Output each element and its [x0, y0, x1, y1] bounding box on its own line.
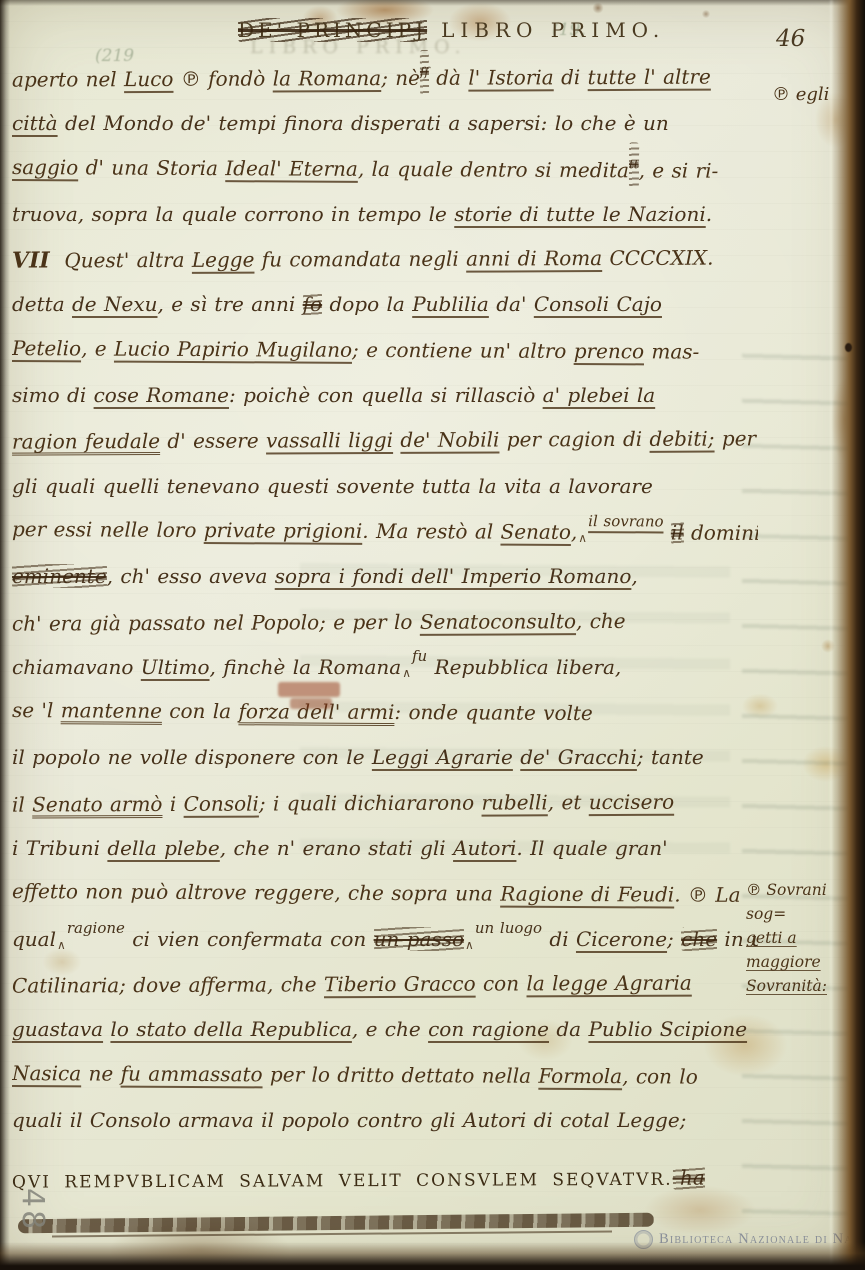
manuscript-segment — [663, 520, 670, 544]
manuscript-segment: per — [714, 427, 756, 451]
manuscript-text: aperto nel Luco ℗ fondò la Romana; nèſſ … — [12, 50, 758, 1270]
manuscript-segment: , che n' erano stati gli — [220, 836, 453, 860]
ink-spot — [845, 343, 852, 352]
manuscript-segment: mantenne — [61, 698, 162, 723]
manuscript-segment: della plebe — [107, 836, 219, 860]
manuscript-segment: l' Istoria — [468, 65, 553, 89]
ink-offset-blot — [278, 682, 340, 697]
inserted-text: fu — [412, 634, 427, 679]
manuscript-segment: Formola — [538, 1063, 622, 1087]
struck-text: eminente — [12, 564, 107, 588]
manuscript-segment: Ultimo — [141, 655, 210, 679]
manuscript-segment: il — [12, 792, 32, 816]
manuscript-segment: tutte l' altre — [588, 65, 711, 90]
manuscript-line: guastava lo stato della Republica, e che… — [12, 1007, 758, 1052]
manuscript-segment: da' — [489, 292, 534, 316]
manuscript-segment: de Nexu — [72, 292, 158, 316]
manuscript-segment: Senatoconsulto — [420, 609, 576, 634]
manuscript-segment: Nasica — [12, 1061, 81, 1085]
caret-mark: ∧ — [578, 516, 587, 561]
margin-note-sovrani: ℗ Sovrani sog=getti a maggioreSovranità: — [746, 878, 860, 998]
manuscript-segment: Tiberio Gracco — [324, 972, 476, 997]
pencil-folio-number: 48 — [15, 1188, 50, 1232]
manuscript-segment: a' plebei la — [543, 383, 656, 407]
page-header: DE' PRINCIPJ LIBRO PRIMO. — [238, 18, 665, 42]
manuscript-page: (219 (19, LIBRO PRIMO. DE' PRINCIPJ LIBR… — [0, 0, 865, 1270]
manuscript-segment: di — [542, 927, 576, 951]
manuscript-segment: del Mondo de' tempi finora disperati a s… — [58, 111, 669, 135]
manuscript-line: chiamavano Ultimo, finchè la Romana∧fu R… — [12, 645, 758, 690]
manuscript-segment: private prigioni — [204, 518, 363, 543]
library-stamp-text: Biblioteca Nazionale di Napoli — [659, 1231, 865, 1248]
manuscript-segment: truova, sopra la quale corrono in tempo … — [12, 202, 454, 226]
manuscript-line: truova, sopra la quale corrono in tempo … — [12, 192, 758, 237]
struck-text: tt — [629, 142, 639, 187]
manuscript-line: il Senato armò i Consoli; i quali dichia… — [12, 779, 758, 828]
manuscript-segment: Publilia — [412, 292, 489, 316]
manuscript-segment: dà — [429, 66, 469, 90]
manuscript-segment: cose Romane — [94, 383, 229, 407]
manuscript-segment: quali il Consolo armava il popolo contro… — [12, 1108, 686, 1132]
manuscript-segment: QVI REMPVBLICAM SALVAM VELIT CONSVLEM SE… — [12, 1170, 673, 1193]
manuscript-segment: , ch' esso aveva — [107, 564, 275, 588]
manuscript-segment: Legge — [192, 248, 255, 272]
manuscript-segment: il popolo ne volle disponere con le — [12, 745, 372, 769]
manuscript-line: eminente, ch' esso aveva sopra i fondi d… — [12, 554, 758, 599]
manuscript-line: simo di cose Romane: poichè con quella s… — [12, 373, 758, 418]
manuscript-segment: : poichè con quella si rillasciò — [229, 383, 543, 407]
manuscript-segment: saggio — [12, 155, 78, 179]
struck-text: che — [681, 927, 717, 951]
library-stamp-emblem-icon — [634, 1230, 653, 1249]
manuscript-line: detta de Nexu, e sì tre anni ſo dopo la … — [12, 282, 758, 327]
manuscript-segment: CCCCXIX. — [602, 246, 713, 270]
manuscript-segment: debiti; — [649, 427, 714, 451]
binding-fold-highlight — [830, 0, 833, 1270]
manuscript-segment: storie di tutte le Nazioni — [454, 202, 706, 226]
manuscript-segment: qual — [12, 927, 56, 951]
manuscript-segment: , finchè la Romana — [210, 655, 402, 679]
manuscript-segment: anni di Roma — [466, 246, 602, 271]
manuscript-segment: . Il quale gran' — [516, 836, 667, 860]
manuscript-segment: ch' era già passato nel Popolo; e per lo — [12, 609, 420, 635]
manuscript-segment: lo stato della Republica — [110, 1017, 351, 1041]
margin-note-egli: ℗ egli — [772, 84, 829, 105]
manuscript-segment: aperto nel — [12, 67, 124, 91]
manuscript-segment: de' Gracchi — [520, 745, 637, 769]
manuscript-segment: effetto non può altrove reggere, che sop… — [12, 879, 500, 906]
manuscript-line: città del Mondo de' tempi finora dispera… — [12, 101, 758, 146]
manuscript-segment: Publio Scipione — [588, 1017, 747, 1041]
manuscript-segment: ragion feudale — [12, 429, 160, 454]
manuscript-segment: i Tribuni — [12, 836, 107, 860]
manuscript-segment: città — [12, 111, 58, 135]
manuscript-segment: ; e contiene un' altro — [352, 338, 574, 363]
manuscript-segment: Catilinaria; dove afferma, che — [12, 972, 324, 997]
manuscript-segment: : onde quante volte — [394, 700, 592, 725]
manuscript-segment: , la quale dentro si medita — [358, 156, 629, 181]
manuscript-segment: fu ammassato — [121, 1061, 263, 1086]
manuscript-line: saggio d' una Storia Ideal' Eterna, la q… — [12, 145, 758, 194]
manuscript-segment: con la — [162, 699, 239, 723]
margin-note-line: Sovranità: — [746, 974, 860, 998]
bleed-through-marks — [742, 320, 854, 1235]
manuscript-segment: la legge Agraria — [526, 971, 691, 996]
manuscript-segment: di — [554, 65, 588, 89]
manuscript-line: aperto nel Luco ℗ fondò la Romana; nèſſ … — [12, 54, 758, 103]
inserted-text: il sovrano — [588, 499, 664, 545]
manuscript-segment: i — [162, 792, 183, 816]
manuscript-segment: ; nè — [381, 66, 420, 90]
manuscript-segment: , e — [81, 336, 114, 360]
manuscript-line: i Tribuni della plebe, che n' erano stat… — [12, 826, 758, 871]
manuscript-segment: . — [706, 202, 712, 226]
manuscript-segment: con — [476, 971, 527, 995]
manuscript-segment: dominio — [684, 521, 758, 545]
manuscript-segment: Senato — [500, 520, 571, 544]
manuscript-segment: Autori — [453, 836, 516, 860]
margin-note-line: ℗ egli — [772, 84, 829, 105]
manuscript-segment: prenco — [574, 339, 644, 363]
manuscript-segment: dopo la — [322, 292, 412, 316]
manuscript-line: QVI REMPVBLICAM SALVAM VELIT CONSVLEM SE… — [12, 1155, 758, 1204]
manuscript-segment: per essi nelle loro — [12, 517, 204, 542]
ink-offset-blot — [290, 698, 332, 709]
page-number: 46 — [776, 26, 805, 52]
manuscript-segment: . Ma restò al — [362, 519, 500, 544]
manuscript-segment: rubelli — [481, 790, 547, 814]
page-title: LIBRO PRIMO. — [441, 18, 665, 42]
manuscript-segment: ℗ fondò — [173, 66, 272, 90]
manuscript-line: qual∧ragione ci vien confermata con un p… — [12, 917, 758, 962]
manuscript-line: quali il Consolo armava il popolo contro… — [12, 1098, 758, 1143]
manuscript-segment: la Romana — [273, 66, 382, 90]
manuscript-line: se 'l mantenne con la forza dell' armi: … — [12, 688, 758, 737]
manuscript-segment: , e si ri- — [639, 158, 719, 182]
manuscript-segment: se 'l — [12, 698, 61, 722]
manuscript-segment: Ragione di Feudi — [500, 882, 674, 907]
manuscript-segment: VII — [12, 248, 50, 274]
struck-text: ſſ — [420, 50, 429, 95]
manuscript-segment: vassalli liggi — [266, 428, 393, 453]
manuscript-segment: guastava — [12, 1017, 103, 1041]
manuscript-segment: ne — [81, 1061, 121, 1085]
manuscript-segment: ; i quali dichiararono — [259, 790, 482, 815]
manuscript-segment: ; — [667, 927, 681, 951]
manuscript-segment: , e sì tre anni — [158, 292, 303, 316]
struck-text: il — [671, 520, 684, 544]
manuscript-segment: , che — [576, 609, 626, 633]
manuscript-segment: Ideal' Eterna — [225, 156, 358, 181]
manuscript-segment: ; tante — [637, 745, 704, 769]
manuscript-segment: per cagion di — [499, 427, 649, 452]
manuscript-segment: Consoli — [184, 791, 259, 815]
scan-edge-top — [0, 0, 865, 6]
scan-edge-left — [0, 0, 10, 1270]
struck-text: ſo — [303, 292, 322, 316]
manuscript-segment: Luco — [124, 67, 174, 91]
caret-mark: ∧ — [57, 923, 66, 968]
manuscript-segment: per lo dritto dettato nella — [263, 1062, 539, 1087]
inserted-text: ragione — [67, 906, 125, 951]
manuscript-segment: , e che — [352, 1017, 428, 1041]
struck-chapter-title: DE' PRINCIPJ — [238, 18, 427, 42]
manuscript-segment: sopra i fondi dell' Imperio Romano — [275, 564, 632, 588]
manuscript-segment: Quest' altra — [50, 248, 192, 273]
manuscript-segment: Leggi Agrarie — [372, 745, 513, 769]
manuscript-segment: gli quali quelli tenevano questi sovente… — [12, 474, 653, 498]
manuscript-segment: Consoli Cajo — [534, 292, 662, 316]
manuscript-segment: de' Nobili — [400, 428, 499, 452]
manuscript-segment: Senato armò — [32, 792, 162, 817]
manuscript-line: Catilinaria; dove afferma, che Tiberio G… — [12, 960, 758, 1009]
struck-text: ha — [673, 1166, 705, 1190]
manuscript-segment: , — [571, 520, 577, 544]
inserted-text: un luogo — [475, 906, 542, 951]
manuscript-line: VII Quest' altra Legge fu comandata negl… — [12, 236, 758, 285]
manuscript-segment: d' essere — [160, 429, 266, 453]
manuscript-segment: d' una Storia — [78, 155, 225, 180]
manuscript-segment: ci vien confermata con — [125, 927, 374, 951]
library-stamp: Biblioteca Nazionale di Napoli — [634, 1230, 865, 1249]
manuscript-segment: simo di — [12, 383, 94, 407]
manuscript-segment: uccisero — [589, 789, 674, 813]
struck-text: un passo — [374, 927, 464, 951]
manuscript-segment: Repubblica libera, — [427, 655, 621, 679]
manuscript-segment: , — [631, 564, 637, 588]
manuscript-segment: , et — [548, 790, 589, 814]
manuscript-segment: Petelio — [12, 336, 81, 360]
margin-note-line: ℗ Sovrani sog= — [746, 878, 860, 926]
manuscript-line: per essi nelle loro private prigioni. Ma… — [12, 507, 758, 556]
manuscript-line: ragion feudale d' essere vassalli liggi … — [12, 417, 758, 466]
manuscript-segment: chiamavano — [12, 655, 141, 679]
manuscript-line: Nasica ne fu ammassato per lo dritto det… — [12, 1051, 758, 1100]
manuscript-segment: fu comandata negli — [254, 247, 466, 272]
manuscript-segment: mas- — [644, 339, 699, 363]
manuscript-line: Petelio, e Lucio Papirio Mugilano; e con… — [12, 326, 758, 375]
manuscript-segment: da — [549, 1017, 588, 1041]
manuscript-segment: detta — [12, 292, 72, 316]
manuscript-segment: . ℗ La — [674, 883, 740, 907]
manuscript-segment: Cicerone — [576, 927, 667, 951]
margin-note-line: getti a maggiore — [746, 926, 860, 974]
manuscript-segment: , con lo — [622, 1064, 698, 1088]
manuscript-line: il popolo ne volle disponere con le Legg… — [12, 735, 758, 780]
binding-gutter — [831, 0, 865, 1270]
manuscript-line: ch' era già passato nel Popolo; e per lo… — [12, 598, 758, 647]
manuscript-segment: con ragione — [428, 1017, 549, 1041]
manuscript-segment: Lucio Papirio Mugilano — [114, 336, 352, 361]
